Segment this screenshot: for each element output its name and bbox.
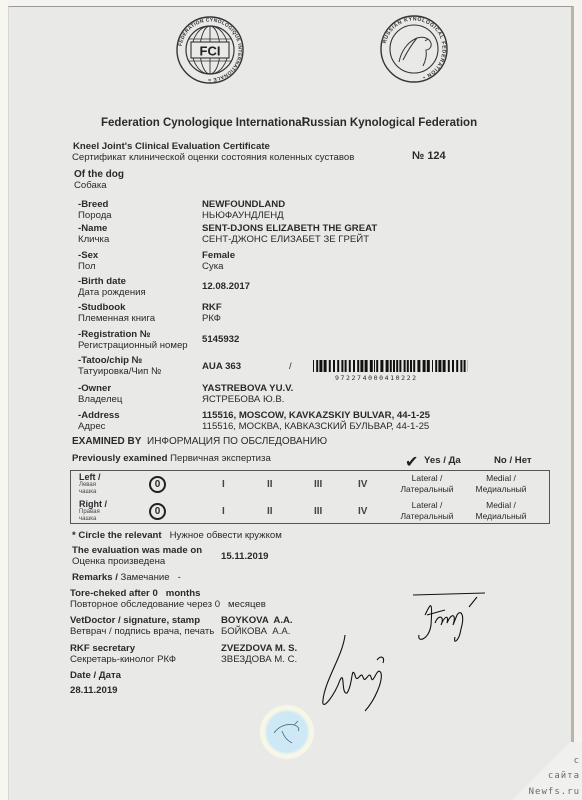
tattoo-value: AUA 363: [202, 361, 241, 372]
left-lateral[interactable]: Lateral /Латеральный: [396, 473, 458, 495]
circle-note: * Circle the relevant Нужное обвести кру…: [72, 530, 282, 541]
no-option[interactable]: No / Нет: [494, 455, 532, 466]
checkmark-icon[interactable]: ✔: [405, 452, 418, 472]
hologram-sticker: [260, 705, 314, 759]
secretary-name-ru: ЗВЕЗДОВА М. С.: [221, 654, 297, 665]
right-grade-III[interactable]: III: [314, 506, 322, 517]
right-lateral[interactable]: Lateral /Латеральный: [396, 500, 458, 522]
chip-number: 972274000410222: [335, 374, 418, 382]
address-value-ru: 115516, МОСКВА, КАВКАЗСКИЙ БУЛЬВАР, 44-1…: [202, 421, 429, 432]
left-medial[interactable]: Medial /Медиальный: [471, 473, 531, 495]
registration-label-en: -Registration №: [78, 329, 151, 340]
name-value-en: SENT-DJONS ELIZABETH THE GREAT: [202, 223, 377, 234]
page-edge: [0, 0, 8, 800]
studbook-value-en: RKF: [202, 302, 222, 313]
right-label-ru: Праваячашка: [79, 509, 100, 523]
vet-name-en: BOYKOVA A.A.: [221, 615, 293, 626]
right-grade-II[interactable]: II: [267, 506, 273, 517]
previously-examined-ru: Первичная экспертиза: [170, 453, 271, 464]
previously-examined: Previously examined Первичная экспертиза: [72, 453, 271, 464]
name-label-en: -Name: [78, 223, 107, 234]
secretary-label-ru: Секретарь-кинолог РКФ: [70, 654, 176, 665]
certificate-title-ru: Сертификат клинической оценки состояния …: [72, 152, 354, 163]
certificate-title-en: Kneel Joint's Clinical Evaluation Certif…: [73, 141, 270, 152]
dog-section-en: Of the dog: [74, 169, 124, 180]
sex-value-ru: Сука: [202, 261, 223, 272]
vet-name-ru: БОЙКОВА А.А.: [221, 626, 290, 637]
site-watermark: с сайта Newfs.ru: [512, 742, 582, 800]
right-grade-IV[interactable]: IV: [358, 506, 367, 517]
grade-row-left: Left / Леваячашка 0 I II III IV Lateral …: [71, 471, 549, 498]
rkf-borzoi-emblem-icon: RUSSIAN KYNOLOGICAL FEDERATION •: [379, 14, 449, 84]
date-label: Date / Дата: [70, 670, 121, 681]
svg-text:FCI: FCI: [200, 44, 221, 59]
left-grade-0-circled[interactable]: 0: [149, 476, 166, 493]
birth-date-value: 12.08.2017: [202, 281, 250, 292]
grade-table: Left / Леваячашка 0 I II III IV Lateral …: [70, 470, 550, 524]
studbook-value-ru: РКФ: [202, 313, 221, 324]
rkf-name: Russian Kynological Federation: [302, 117, 477, 129]
left-grade-IV[interactable]: IV: [358, 479, 367, 490]
left-grade-III[interactable]: III: [314, 479, 322, 490]
recheck-en: Tore-cheked after 0 months: [70, 588, 200, 599]
certificate-number: № 124: [412, 150, 446, 162]
left-grade-I[interactable]: I: [222, 479, 225, 490]
sex-label-en: -Sex: [78, 250, 98, 261]
right-medial[interactable]: Medial /Медиальный: [471, 500, 531, 522]
sex-value-en: Female: [202, 250, 235, 261]
evaluation-date: 15.11.2019: [221, 551, 269, 562]
chip-label-ru: Татуировка/Чип №: [78, 366, 161, 377]
tattoo-chip-separator: /: [289, 361, 292, 372]
fci-name: Federation Cynologique International: [101, 117, 305, 129]
secretary-label-en: RKF secretary: [70, 643, 135, 654]
owner-label-en: -Owner: [78, 383, 111, 394]
vet-signature: [405, 585, 515, 650]
owner-label-ru: Владелец: [78, 394, 122, 405]
secretary-signature: [315, 625, 405, 715]
vet-label-en: VetDoctor / signature, stamp: [70, 615, 200, 626]
examined-heading: EXAMINED BY ИНФОРМАЦИЯ ПО ОБСЛЕДОВАНИЮ: [72, 436, 327, 447]
chip-label-en: -Tatoo/chip №: [78, 355, 142, 366]
left-grade-II[interactable]: II: [267, 479, 273, 490]
address-value-en: 115516, MOSCOW, KAVKAZSKIY BULVAR, 44-1-…: [202, 410, 430, 421]
breed-label-ru: Порода: [78, 210, 112, 221]
vet-label-ru: Ветврач / подпись врача, печать: [70, 626, 214, 637]
birth-date-label-en: -Birth date: [78, 276, 126, 287]
previously-examined-en: Previously examined: [72, 453, 167, 464]
sex-label-ru: Пол: [78, 261, 96, 272]
evaluation-label-ru: Оценка произведена: [72, 556, 165, 567]
right-grade-I[interactable]: I: [222, 506, 225, 517]
secretary-name-en: ZVEZDOVA M. S.: [221, 643, 297, 654]
birth-date-label-ru: Дата рождения: [78, 287, 146, 298]
recheck-ru: Повторное обследование через 0 месяцев: [70, 599, 266, 610]
owner-value-ru: ЯСТРЕБОВА Ю.В.: [202, 394, 284, 405]
examined-heading-ru: ИНФОРМАЦИЯ ПО ОБСЛЕДОВАНИЮ: [147, 436, 327, 447]
grade-row-right: Right / Праваячашка 0 I II III IV Latera…: [71, 498, 549, 525]
name-label-ru: Кличка: [78, 234, 109, 245]
studbook-label-ru: Племенная книга: [78, 313, 155, 324]
registration-label-ru: Регистрационный номер: [78, 340, 188, 351]
date-value: 28.11.2019: [70, 685, 118, 696]
registration-value: 5145932: [202, 334, 239, 345]
chip-barcode: [313, 360, 468, 372]
examined-heading-en: EXAMINED BY: [72, 436, 141, 447]
studbook-label-en: -Studbook: [78, 302, 125, 313]
evaluation-label-en: The evaluation was made on: [72, 545, 202, 556]
breed-value-ru: НЬЮФАУНДЛЕНД: [202, 210, 284, 221]
address-label-ru: Адрес: [78, 421, 105, 432]
left-label-en: Left /: [79, 472, 101, 482]
fci-globe-emblem-icon: FCI FEDERATION CYNOLOGIQUE INTERNATIONAL…: [175, 15, 245, 85]
right-label-en: Right /: [79, 499, 107, 509]
dog-section-ru: Собака: [74, 180, 107, 191]
borzoi-head-icon: [260, 705, 314, 759]
owner-value-en: YASTREBOVA YU.V.: [202, 383, 293, 394]
remarks: Remarks / Замечание -: [72, 572, 181, 583]
svg-text:RUSSIAN KYNOLOGICAL FEDERATION: RUSSIAN KYNOLOGICAL FEDERATION •: [382, 16, 447, 80]
right-grade-0-circled[interactable]: 0: [149, 503, 166, 520]
address-label-en: -Address: [78, 410, 120, 421]
breed-value-en: NEWFOUNDLAND: [202, 199, 285, 210]
yes-option[interactable]: Yes / Да: [424, 455, 461, 466]
left-label-ru: Леваячашка: [79, 482, 96, 496]
breed-label-en: -Breed: [78, 199, 108, 210]
name-value-ru: СЕНТ-ДЖОНС ЕЛИЗАБЕТ ЗЕ ГРЕЙТ: [202, 234, 369, 245]
